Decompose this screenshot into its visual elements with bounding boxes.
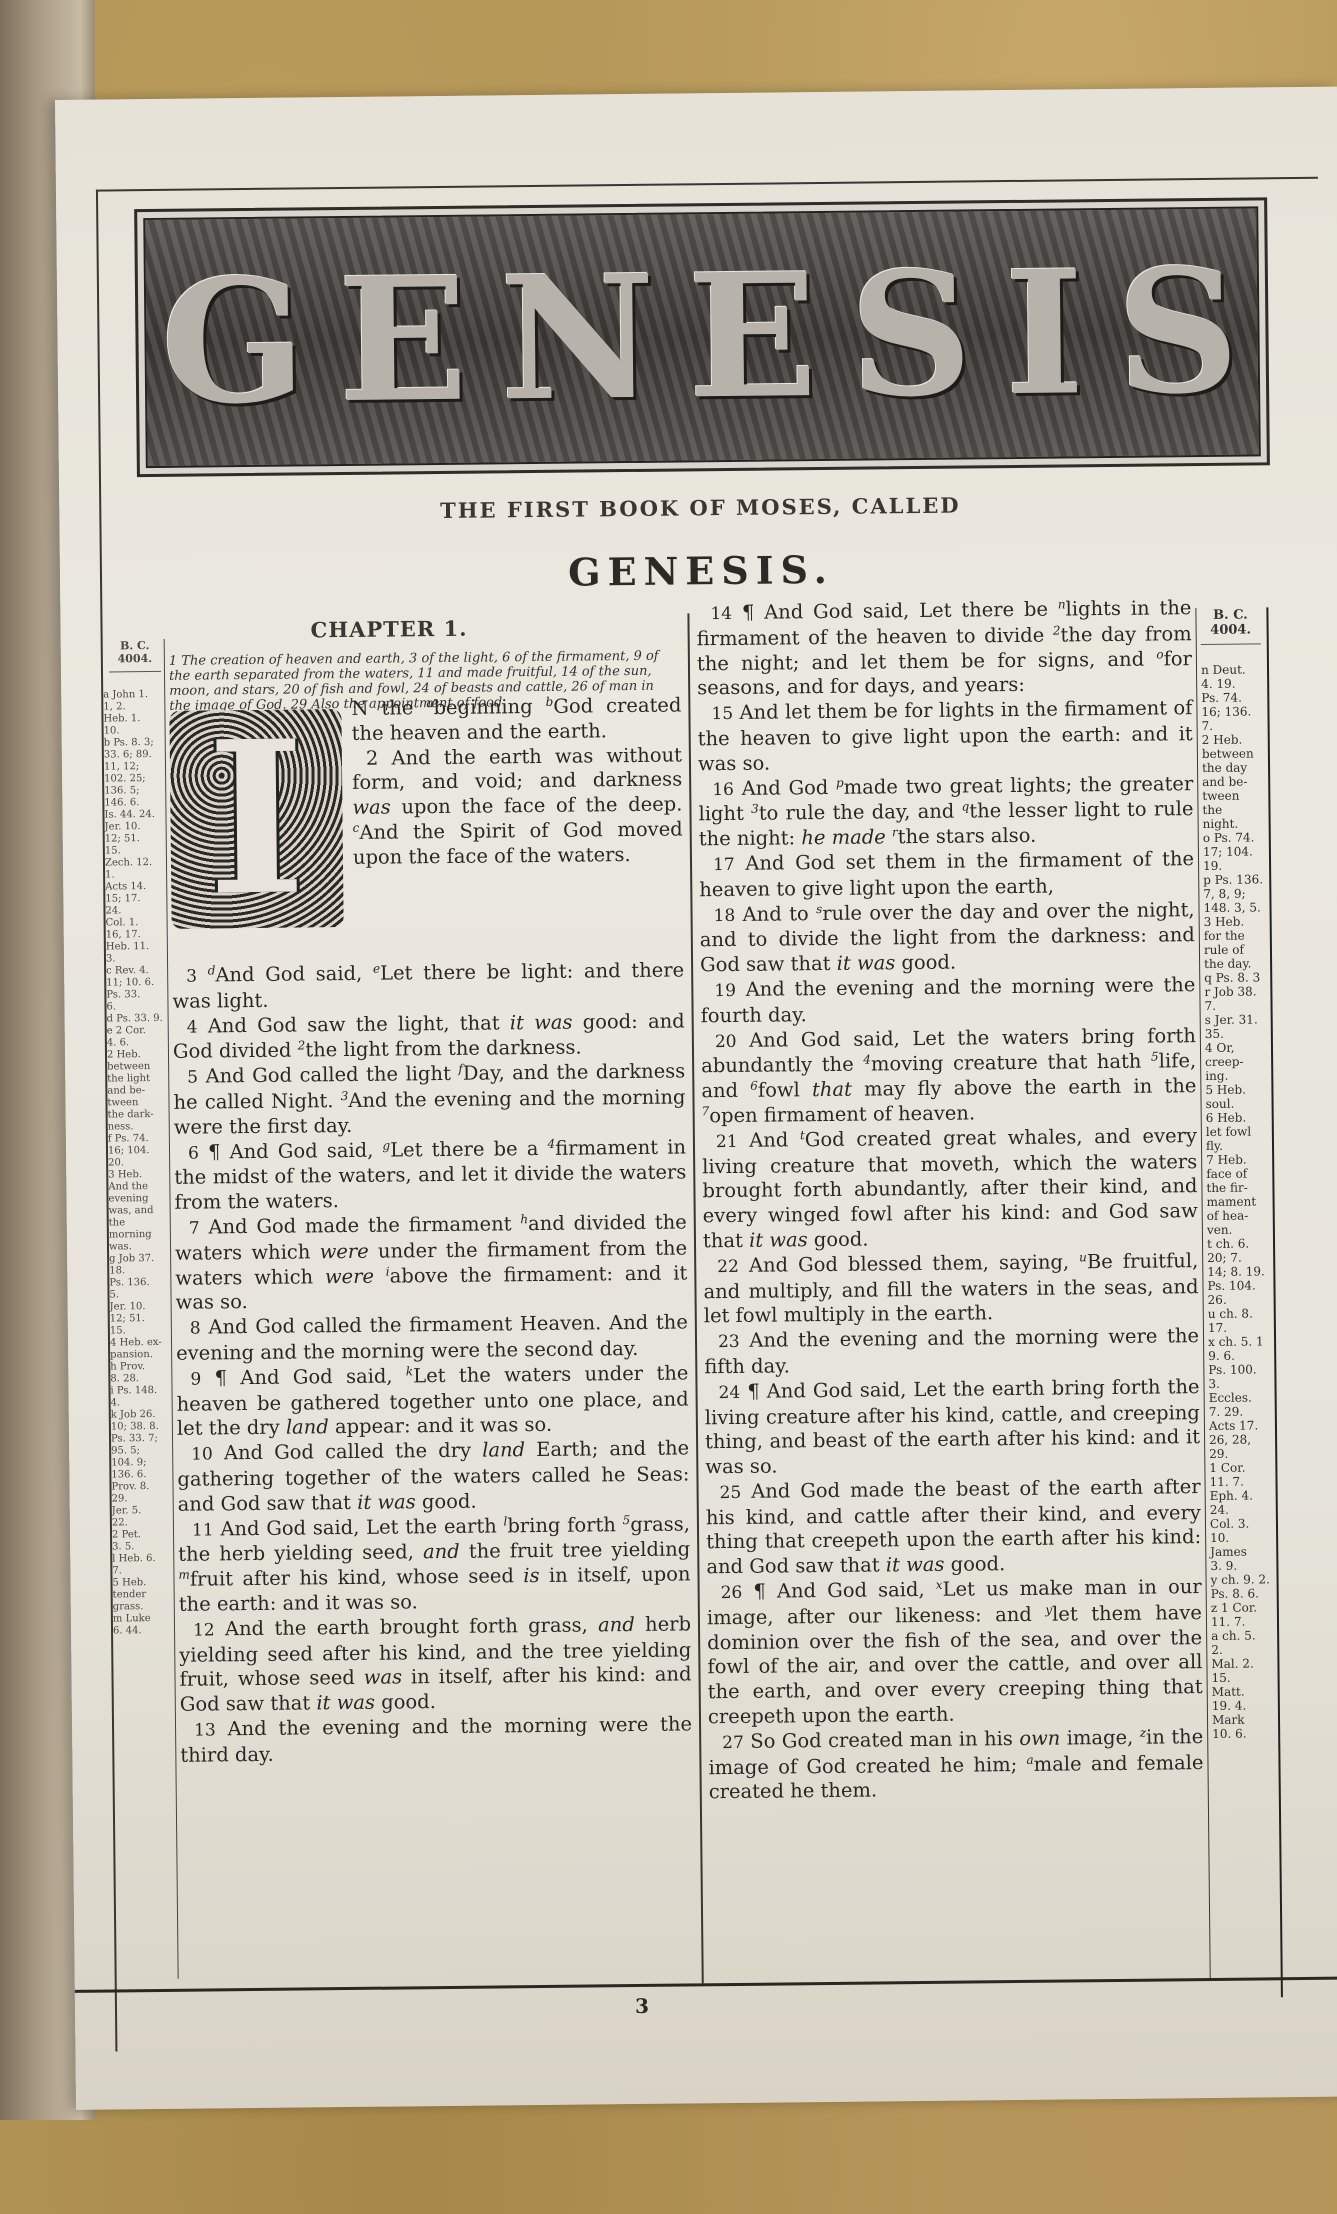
- cross-reference: m Luke 6. 44.: [113, 1613, 171, 1638]
- era-date-left: B. C. 4004.: [109, 639, 161, 673]
- era-date-right: B. C. 4004.: [1200, 607, 1260, 645]
- verse-16: 16 And God pmade two great lights; the g…: [698, 772, 1194, 853]
- right-cross-references: n Deut. 4. 19. Ps. 74. 16; 136. 7.2 Heb.…: [1201, 662, 1276, 1741]
- cross-reference: g Job 37. 18. Ps. 136. 5. Jer. 10. 12; 5…: [109, 1253, 168, 1338]
- cross-reference: d Ps. 33. 9.: [107, 1013, 165, 1026]
- bible-page: GENESIS THE FIRST BOOK OF MOSES, CALLED …: [55, 87, 1337, 2110]
- banner-letter: I: [1004, 233, 1090, 434]
- banner-letter: E: [337, 240, 473, 441]
- cross-reference: n Deut. 4. 19. Ps. 74. 16; 136. 7.: [1201, 662, 1266, 733]
- cross-reference: 2 Heb. between the day and be- tween the…: [1202, 732, 1267, 831]
- verse-4: 4 And God saw the light, that it was goo…: [173, 1009, 686, 1065]
- cross-reference: u ch. 8. 17.: [1208, 1306, 1272, 1335]
- verse-19: 19 And the evening and the morning were …: [700, 973, 1196, 1029]
- verse-15: 15 And let them be for lights in the fir…: [697, 696, 1193, 777]
- cross-reference: b Ps. 8. 3; 33. 6; 89. 11, 12; 102. 25; …: [104, 737, 164, 966]
- opening-verses: I N the abeginning bGod created the heav…: [169, 693, 684, 963]
- page-number: 3: [635, 1994, 649, 2018]
- verse-17: 17 And God set them in the firmament of …: [699, 847, 1195, 903]
- dropcap-text: N the abeginning bGod created the heaven…: [351, 693, 683, 870]
- cross-reference: q Ps. 8. 3: [1204, 970, 1268, 985]
- verse-23: 23 And the evening and the morning were …: [704, 1324, 1200, 1380]
- verse-12: 12 And the earth brought forth grass, an…: [179, 1612, 692, 1718]
- cross-reference: e 2 Cor. 4. 6.: [107, 1025, 165, 1050]
- cross-reference: a ch. 5. 2. Mal. 2. 15. Matt. 19. 4. Mar…: [1211, 1628, 1276, 1741]
- cross-reference: c Rev. 4. 11; 10. 6. Ps. 33. 6.: [106, 965, 164, 1014]
- left-cross-references: a John 1. 1, 2. Heb. 1. 10.b Ps. 8. 3; 3…: [103, 689, 171, 1638]
- cross-reference: s Jer. 31. 35.: [1205, 1012, 1269, 1041]
- right-text-column: 14 ¶ And God said, Let there be nlights …: [696, 596, 1204, 1805]
- cross-reference: 3 Heb. for the rule of the day.: [1204, 914, 1269, 971]
- banner-letter: S: [1115, 232, 1244, 433]
- ornamental-dropcap-initial: I: [169, 709, 343, 929]
- cross-reference: z 1 Cor. 11. 7.: [1211, 1600, 1275, 1629]
- cross-reference: 3 Heb. And the evening was, and the morn…: [108, 1169, 167, 1254]
- verse-6: 6 ¶ And God said, gLet there be a 4firma…: [174, 1135, 687, 1216]
- cross-reference: x ch. 5. 1 9. 6. Ps. 100. 3. Eccles. 7. …: [1208, 1334, 1274, 1573]
- banner-letter: E: [687, 236, 823, 437]
- cross-reference: 2 Heb. between the light and be- tween t…: [107, 1049, 166, 1134]
- verse-13: 13 And the evening and the morning were …: [180, 1712, 693, 1768]
- verse-26: 26 ¶ And God said, xLet us make man in o…: [707, 1575, 1204, 1730]
- verse-25: 25 And God made the beast of the earth a…: [705, 1475, 1201, 1580]
- chapter-heading: CHAPTER 1.: [310, 616, 467, 643]
- verse-22: 22 And God blessed them, saying, uBe fru…: [703, 1249, 1199, 1330]
- verse-27: 27 So God created man in his own image, …: [708, 1725, 1204, 1806]
- verse-2: 2 And the earth was without form, and vo…: [352, 743, 683, 870]
- cross-reference: 7 Heb. face of the fir- mament of hea- v…: [1206, 1152, 1271, 1237]
- verse-9: 9 ¶ And God said, kLet the waters under …: [176, 1361, 689, 1442]
- cross-reference: o Ps. 74. 17; 104. 19.: [1203, 830, 1267, 873]
- cross-reference: y ch. 9. 2. Ps. 8. 6.: [1210, 1572, 1274, 1601]
- dropcap-letter: I: [206, 713, 306, 924]
- cross-reference: r Job 38. 7.: [1204, 984, 1268, 1013]
- cross-reference: k Job 26. 10; 38. 8. Ps. 33. 7; 95. 5; 1…: [111, 1409, 171, 1554]
- left-text-column: 3 dAnd God said, eLet there be light: an…: [172, 958, 692, 1768]
- verse-14: 14 ¶ And God said, Let there be nlights …: [696, 596, 1192, 701]
- engraved-banner-art: GENESIS: [143, 206, 1261, 468]
- verse-1: N the abeginning bGod created the heaven…: [351, 693, 682, 746]
- verse-5: 5 And God called the light fDay, and the…: [173, 1060, 686, 1141]
- verse-10: 10 And God called the dry land Earth; an…: [177, 1437, 690, 1518]
- cross-reference: l Heb. 6. 7.: [112, 1553, 170, 1578]
- cross-reference: 4 Or, creep- ing.: [1205, 1040, 1269, 1083]
- verse-8: 8 And God called the firmament Heaven. A…: [176, 1311, 689, 1367]
- cross-reference: f Ps. 74. 16; 104. 20.: [108, 1133, 166, 1170]
- banner-letter: G: [160, 241, 311, 443]
- cross-reference: p Ps. 136. 7, 8, 9; 148. 3, 5.: [1203, 872, 1267, 915]
- verse-18: 18 And to srule over the day and over th…: [699, 898, 1195, 979]
- banner-letter: N: [499, 238, 660, 440]
- cross-reference: 4 Heb. ex- pansion. h Prov. 8. 28. i Ps.…: [110, 1337, 169, 1410]
- cross-reference: t ch. 6. 20; 7. 14; 8. 19. Ps. 104. 26.: [1207, 1236, 1272, 1307]
- verse-21: 21 And tGod created great whales, and ev…: [702, 1124, 1198, 1254]
- cross-reference: a John 1. 1, 2. Heb. 1. 10.: [103, 689, 161, 738]
- banner-letter: S: [849, 234, 978, 435]
- verse-20: 20 And God said, Let the waters bring fo…: [701, 1024, 1197, 1129]
- verse-11: 11 And God said, Let the earth lbring fo…: [178, 1512, 691, 1618]
- cross-reference: 6 Heb. let fowl fly.: [1206, 1110, 1270, 1153]
- cross-reference: 5 Heb. tender grass.: [112, 1577, 170, 1614]
- verse-24: 24 ¶ And God said, Let the earth bring f…: [704, 1375, 1200, 1480]
- verse-7: 7 And God made the firmament hand divide…: [175, 1210, 688, 1316]
- cross-reference: 5 Heb. soul.: [1205, 1082, 1269, 1111]
- verse-3: 3 dAnd God said, eLet there be light: an…: [172, 958, 685, 1014]
- genesis-title-banner: GENESIS: [134, 197, 1270, 477]
